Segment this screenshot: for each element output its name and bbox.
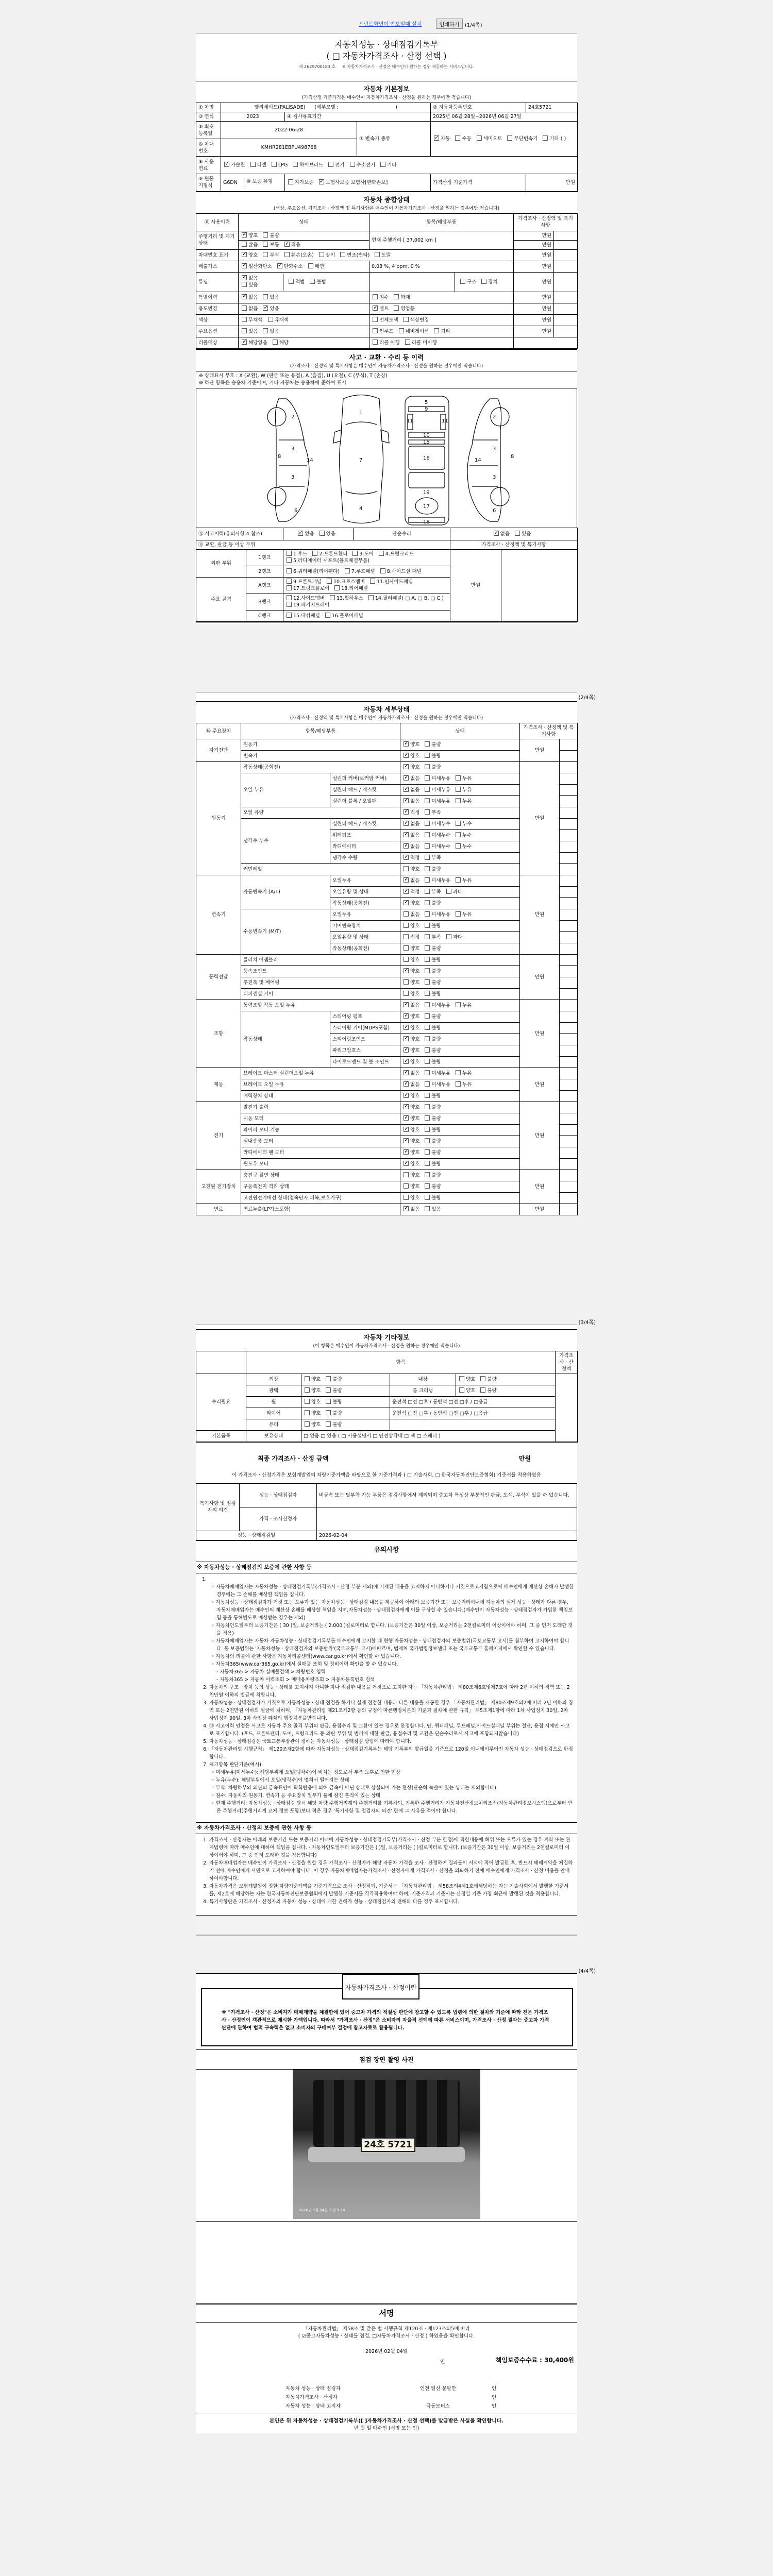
note-cell [560, 819, 578, 830]
checkbox[interactable] [320, 531, 325, 536]
overall-status-table: ⑪ 사용이력상태항목/해당부품가격조사 · 산정액 및 특기사항 주행거리 및 … [196, 213, 578, 349]
checkbox[interactable] [308, 263, 313, 268]
checkbox[interactable] [327, 579, 332, 584]
info-box-title: 자동차가격조사 · 산정이란 [342, 1974, 419, 1999]
checkbox[interactable] [446, 934, 451, 939]
checkbox[interactable] [287, 613, 292, 618]
checkbox[interactable] [263, 294, 268, 299]
svg-text:2: 2 [291, 414, 294, 420]
option-label: 없음 [410, 1003, 419, 1008]
checkbox[interactable] [379, 551, 384, 556]
checkbox[interactable] [404, 753, 409, 758]
note-cell [560, 1113, 578, 1125]
checkbox[interactable] [325, 613, 330, 618]
option-label: 썬루프 [379, 329, 394, 334]
group-label: 외판 부위 [196, 549, 246, 577]
checkbox[interactable] [459, 1376, 464, 1381]
note-criteria-item: 침수: 자동차의 원동기, 변속기 등 주요장치 일부가 물에 잠긴 흔적이 있… [216, 1792, 574, 1800]
device-label: 제동 [196, 1068, 241, 1102]
page-2: (2/4쪽) 자동차 세부상태 (가격조사 · 산정액 및 특기사항은 매수인이… [196, 692, 577, 1215]
col-state: 상태 [239, 213, 369, 231]
checkbox[interactable] [404, 979, 409, 985]
checkbox[interactable] [456, 832, 461, 837]
checkbox[interactable] [456, 1081, 461, 1087]
checkbox[interactable] [425, 968, 430, 973]
checkbox[interactable] [288, 179, 293, 184]
option-label: 불량 [332, 1377, 342, 1382]
option-label: 있음 [431, 1207, 441, 1212]
checkbox[interactable] [425, 1149, 430, 1155]
item-label: 타이어 [246, 1408, 301, 1419]
checkbox[interactable] [263, 328, 268, 333]
checkbox[interactable] [404, 821, 409, 826]
checkbox[interactable] [404, 1104, 409, 1109]
checkbox[interactable] [456, 798, 461, 803]
svg-text:18: 18 [423, 519, 430, 525]
checkbox[interactable] [373, 317, 378, 322]
checkbox[interactable] [404, 741, 409, 747]
sub-item-label: 타이로드엔드 및 볼 조인트 [330, 1057, 400, 1068]
checkbox[interactable] [425, 1093, 430, 1098]
checkbox[interactable] [425, 1183, 430, 1189]
checkbox[interactable] [242, 275, 247, 280]
checkbox[interactable] [287, 568, 292, 573]
checkbox[interactable] [242, 252, 247, 257]
svg-text:9: 9 [425, 406, 428, 412]
signatory-role: 자동차 성능 · 상태 고지자 [283, 2402, 386, 2411]
svg-text:3: 3 [291, 474, 294, 480]
checkbox[interactable] [456, 911, 461, 917]
sub-item-label: 냉각수 수량 [330, 853, 400, 864]
checkbox[interactable] [287, 595, 292, 600]
checkbox[interactable] [305, 1376, 310, 1381]
checkbox[interactable] [543, 135, 548, 141]
rank-label: A랭크 [246, 577, 283, 594]
checkbox[interactable] [268, 317, 273, 322]
checkbox[interactable] [404, 1013, 409, 1019]
checkbox[interactable] [404, 843, 409, 849]
checkbox[interactable] [456, 1070, 461, 1075]
col-device: ⑭ 주요장치 [196, 723, 241, 739]
option-label: 렌트 [379, 306, 389, 312]
checkbox[interactable] [375, 252, 380, 257]
checkbox[interactable] [399, 328, 404, 333]
checkbox[interactable] [350, 162, 355, 167]
checkbox[interactable] [404, 889, 409, 894]
checkbox[interactable] [404, 877, 409, 883]
checkbox[interactable] [273, 340, 278, 345]
checkbox[interactable] [334, 585, 340, 590]
checkbox[interactable] [224, 162, 229, 167]
checkbox[interactable] [425, 1206, 430, 1211]
row-label: 차대번호 표기 [196, 249, 239, 261]
checkbox[interactable] [425, 832, 430, 837]
option-label: 양호 [311, 1411, 321, 1416]
checkbox[interactable] [425, 911, 430, 917]
option-label: 양호 [410, 1127, 419, 1133]
option-label: 불량 [431, 765, 441, 770]
checkbox[interactable] [242, 263, 247, 268]
checkbox[interactable] [319, 252, 324, 257]
checkbox[interactable] [456, 1002, 461, 1007]
checkbox[interactable] [425, 900, 430, 905]
checkbox[interactable] [425, 798, 430, 803]
checkbox[interactable] [277, 263, 282, 268]
svg-text:11: 11 [442, 418, 448, 424]
checkbox[interactable] [425, 1161, 430, 1166]
checkbox[interactable] [242, 340, 247, 345]
checkbox[interactable] [263, 306, 268, 311]
checkbox[interactable] [287, 579, 292, 584]
checkbox[interactable] [380, 568, 385, 573]
checkbox[interactable] [242, 294, 247, 299]
checkbox[interactable] [404, 1138, 409, 1143]
option-label: 불량 [431, 991, 441, 997]
checkbox[interactable] [425, 1081, 430, 1087]
checkbox[interactable] [404, 1093, 409, 1098]
checkbox[interactable] [425, 855, 430, 860]
checkbox[interactable] [425, 1002, 430, 1007]
checkbox[interactable] [263, 242, 268, 247]
checkbox[interactable] [404, 1161, 409, 1166]
document-subtitle: ( □ 자동차가격조사 · 산정 선택 ) [196, 50, 577, 62]
checkbox[interactable] [404, 798, 409, 803]
detail-status-table: ⑭ 주요장치항목/해당부품상태가격조사 · 산정액 및 특기사항 자기진단원동기… [196, 723, 578, 1215]
checkbox[interactable] [404, 787, 409, 792]
group-label: 주요 골격 [196, 577, 246, 621]
checkbox[interactable] [404, 1195, 409, 1200]
checkbox[interactable] [404, 317, 409, 322]
option-label: 불량 [431, 980, 441, 986]
checkbox[interactable] [242, 317, 247, 322]
option-label: 불량 [431, 1116, 441, 1122]
option-label: 양호 [410, 991, 419, 997]
checkbox[interactable] [305, 1410, 310, 1415]
note-cell [554, 249, 578, 261]
checkbox[interactable] [425, 821, 430, 826]
checkbox[interactable] [425, 753, 430, 758]
checkbox[interactable] [425, 979, 430, 985]
note-cell [560, 739, 578, 751]
col-item: 항목/해당부품 [369, 213, 514, 231]
checkbox[interactable] [404, 809, 409, 815]
checkbox[interactable] [425, 1195, 430, 1200]
option-label: 누수 [462, 833, 472, 838]
price-cell: 만원 [520, 1204, 560, 1215]
checkbox[interactable] [394, 306, 399, 311]
checkbox[interactable] [319, 179, 324, 184]
checkbox[interactable] [425, 934, 430, 939]
checkbox[interactable] [242, 242, 247, 247]
option-label: 불량 [431, 1150, 441, 1156]
checkbox[interactable] [305, 1387, 310, 1393]
item-label: 원동기 [241, 739, 400, 751]
option-label: 네비게이션 [406, 329, 429, 334]
checkbox[interactable] [373, 340, 378, 345]
table-row: 조향동력조향 작동 오일 누유없음미세누유누유만원 [196, 1000, 578, 1011]
checkbox[interactable] [305, 1421, 310, 1427]
checkbox[interactable] [456, 877, 461, 883]
checkbox[interactable] [404, 900, 409, 905]
option-label: 양호 [410, 1105, 419, 1110]
first-reg-label: ⑤ 최초 등록일 [196, 122, 221, 139]
checkbox[interactable] [263, 252, 268, 257]
checkbox[interactable] [477, 135, 482, 141]
checkbox[interactable] [404, 968, 409, 973]
checkbox[interactable] [434, 135, 439, 141]
checkbox[interactable] [425, 775, 430, 781]
print-button[interactable]: 인쇄하기 [436, 19, 463, 29]
checkbox[interactable] [456, 843, 461, 849]
item-label: 실내송풍 모터 [241, 1136, 400, 1147]
checkbox[interactable] [298, 531, 303, 536]
signatory-role: 자동차 성능 · 상태 점검자 [283, 2384, 386, 2393]
checkbox[interactable] [425, 1104, 430, 1109]
checkbox[interactable] [404, 1047, 409, 1053]
checkbox[interactable] [242, 306, 247, 311]
signatory-row: 자동차 성능 · 상태 점검자인천 일신 문팔만인 [196, 2384, 577, 2393]
checkbox[interactable] [425, 889, 430, 894]
sub-item-label: 스티어링 기어(MDPS포함) [330, 1023, 400, 1034]
print-plugin-link[interactable]: 프린트화면이 안보일때 설치 [359, 20, 422, 27]
note-cell [560, 898, 578, 909]
price-cell: 만원 [520, 1102, 560, 1170]
note-cell [560, 989, 578, 1000]
checkbox[interactable] [507, 135, 512, 141]
checkbox[interactable] [287, 585, 292, 590]
seal-mark: 인 [490, 2384, 577, 2393]
checkbox[interactable] [326, 1387, 331, 1393]
option-label: 있음 [248, 282, 258, 288]
checkbox[interactable] [242, 232, 247, 238]
checkbox[interactable] [287, 551, 292, 556]
price-cell: 만원 [514, 303, 554, 314]
checkbox[interactable] [404, 1059, 409, 1064]
checkbox[interactable] [310, 279, 315, 284]
checkbox[interactable] [425, 1025, 430, 1030]
option-label: 양호 [410, 1173, 419, 1178]
inspector-opinion: 비금속 또는 탈부착 가능 부품은 점검사항에서 제외되며 중고차 특성상 부분… [317, 1483, 577, 1507]
checkbox[interactable] [370, 579, 375, 584]
checkbox[interactable] [345, 568, 350, 573]
checkbox[interactable] [250, 162, 256, 167]
checkbox[interactable] [404, 1115, 409, 1121]
checkbox[interactable] [481, 279, 486, 284]
checkbox[interactable] [340, 252, 345, 257]
checkbox[interactable] [380, 162, 385, 167]
checkbox[interactable] [263, 232, 268, 238]
checkbox[interactable] [456, 775, 461, 781]
option-label: 11.인사이드패널 [377, 579, 413, 585]
checkbox[interactable] [460, 279, 465, 284]
checkbox[interactable] [425, 1138, 430, 1143]
checkbox[interactable] [404, 957, 409, 962]
checkbox[interactable] [425, 945, 430, 951]
checkbox[interactable] [404, 1081, 409, 1087]
checkbox[interactable] [425, 1047, 430, 1053]
checkbox[interactable] [425, 1059, 430, 1064]
checkbox[interactable] [515, 531, 520, 536]
checkbox[interactable] [328, 162, 333, 167]
page-number: (4/4쪽) [578, 1967, 596, 1974]
svg-text:4: 4 [359, 506, 362, 512]
checkbox[interactable] [425, 809, 430, 815]
note-sub-item: - 자동차365 > 자동차 실매물검색 > 차량번호 입력 [216, 1668, 574, 1676]
option-label: 양호 [410, 1059, 419, 1065]
checkbox[interactable] [404, 1127, 409, 1132]
checkbox[interactable] [373, 306, 378, 311]
note-item: 자동차매매업자는 자동차성능 · 상태점검기록부(가격조사 · 산정 부분 제외… [216, 1583, 574, 1599]
checkbox[interactable] [404, 911, 409, 917]
signatory-name: 인천 일신 문팔만 [386, 2384, 490, 2393]
checkbox[interactable] [404, 991, 409, 996]
checkbox[interactable] [404, 775, 409, 781]
option-label: 해당 [279, 340, 289, 346]
checkbox[interactable] [425, 1013, 430, 1019]
checkbox[interactable] [425, 1070, 430, 1075]
checkbox[interactable] [425, 957, 430, 962]
note-item: 「자동차관리법 시행규칙」 제120조제2항에 따라 자동차성능 · 상태점검기… [209, 1745, 574, 1761]
checkbox[interactable] [404, 1025, 409, 1030]
checkbox[interactable] [326, 1421, 331, 1427]
item-label: 내장 [390, 1374, 456, 1385]
note-cell [560, 1204, 578, 1215]
checkbox[interactable] [404, 1070, 409, 1075]
signatory-role: 자동차가격조사 · 산정자 [283, 2393, 386, 2402]
checkbox[interactable] [373, 328, 378, 333]
checkbox[interactable] [425, 843, 430, 849]
checkbox[interactable] [404, 1206, 409, 1211]
checkbox[interactable] [425, 1172, 430, 1177]
note-cell [560, 955, 578, 966]
option-label: 리콜 미이행 [412, 340, 437, 346]
checkbox[interactable] [312, 551, 317, 556]
checkbox[interactable] [284, 252, 290, 257]
option-label: 있음 [270, 306, 279, 312]
overall-status-note: (색상, 주요옵션, 가격조사 · 산정액 및 특기사항은 매수인이 자동차가격… [196, 205, 577, 213]
note-item: 자동차매매업자는 매수인이 가격조사 · 산정을 원할 경우 가격조사 · 산정… [209, 1859, 574, 1883]
checkbox[interactable] [425, 877, 430, 883]
checkbox[interactable] [425, 1115, 430, 1121]
option-label: 양호 [311, 1377, 321, 1382]
col-state: 상태 [400, 723, 520, 739]
checkbox[interactable] [425, 866, 430, 871]
checkbox[interactable] [480, 1376, 485, 1381]
price-cell: 만원 [514, 261, 554, 272]
note-item: 자동차인도일부터 보증기간은 ( 30 )일, 보증거리는 ( 2,000 )킬… [216, 1622, 574, 1637]
checkbox[interactable] [480, 1387, 485, 1393]
option-label: 양호 [410, 1014, 419, 1020]
checkbox[interactable] [272, 162, 277, 167]
checkbox[interactable] [425, 1127, 430, 1132]
checkbox[interactable] [394, 294, 399, 299]
checkbox[interactable] [326, 1410, 331, 1415]
checkbox[interactable] [404, 945, 409, 951]
svg-text:15: 15 [423, 439, 430, 445]
checkbox[interactable] [330, 595, 335, 600]
checkbox[interactable] [352, 551, 358, 556]
table-row: 주행거리 및 계기상태양호불량현재 주행거리 [ 37,002 km ]만원 [196, 231, 578, 240]
checkbox[interactable] [425, 1036, 430, 1041]
option-label: 7.루프패널 [351, 569, 375, 574]
checkbox[interactable] [405, 340, 410, 345]
rank-label: C랭크 [246, 610, 283, 621]
option-label: 색상변경 [410, 317, 429, 323]
option-label: 구조 [467, 279, 476, 285]
option-label: 양호 [410, 1093, 419, 1099]
option-label: 양호 [466, 1377, 475, 1382]
price-cell: 만원 [514, 272, 554, 292]
checkbox[interactable] [404, 764, 409, 769]
checkbox[interactable] [404, 855, 409, 860]
checkbox[interactable] [368, 595, 374, 600]
other-info-note: (이 항목은 매수인이 자동차가격조사 · 산정을 원하는 경우에만 적습니다) [196, 1342, 577, 1351]
checkbox[interactable] [242, 282, 247, 287]
checkbox[interactable] [404, 1183, 409, 1189]
checkbox[interactable] [289, 279, 294, 284]
checkbox[interactable] [459, 1387, 464, 1393]
checkbox[interactable] [456, 787, 461, 792]
checkbox[interactable] [305, 1399, 310, 1404]
page-4: (4/4쪽) 자동차가격조사 · 산정이란 ※ "가격조사 · 산정"은 소비자… [196, 1973, 577, 2433]
checkbox[interactable] [425, 991, 430, 996]
option-label: 불량 [332, 1411, 342, 1416]
checkbox[interactable] [284, 242, 290, 247]
checkbox[interactable] [242, 328, 247, 333]
checkbox[interactable] [404, 1172, 409, 1177]
option-label: 부족 [431, 935, 441, 940]
checkbox[interactable] [326, 1376, 331, 1381]
checkbox[interactable] [425, 741, 430, 747]
checkbox[interactable] [404, 934, 409, 939]
option-label: 수소전기 [357, 162, 376, 168]
checkbox[interactable] [293, 162, 298, 167]
checkbox[interactable] [455, 135, 460, 141]
checkbox[interactable] [287, 602, 292, 607]
checkbox[interactable] [373, 294, 378, 299]
buyer-confirmation: 본인은 위 자동차성능 · 상태점검기록부([ ]자동차가격조사 · 산정 선택… [196, 2416, 577, 2424]
checkbox[interactable] [404, 1036, 409, 1041]
checkbox[interactable] [456, 821, 461, 826]
option-label: 자동 [441, 136, 450, 142]
checkbox[interactable] [404, 923, 409, 928]
checkbox[interactable] [404, 866, 409, 871]
note-item: 자동차매매업자는 자동차 자동차성능 · 상태점검기록부를 매수인에게 고지할 … [216, 1637, 574, 1653]
checkbox[interactable] [326, 1399, 331, 1404]
checkbox[interactable] [446, 889, 451, 894]
item-label: 추진축 및 베어링 [241, 977, 400, 989]
checkbox[interactable] [404, 832, 409, 837]
buyer-signature-line: 년 월 일 매수인 (서명 또는 인) [196, 2424, 577, 2431]
checkbox[interactable] [425, 923, 430, 928]
detail-model-label: (세부모델 : [314, 105, 339, 110]
checkbox[interactable] [425, 764, 430, 769]
inspection-valid-label: ④ 검사유효기간 [285, 112, 431, 122]
car-side-right-icon [467, 399, 509, 521]
note-item: 자동차365(www.car365.go.kr)에서 실매물 조회 및 정비이력… [216, 1660, 574, 1668]
checkbox[interactable] [494, 531, 499, 536]
checkbox[interactable] [404, 1002, 409, 1007]
note-item: 체크항목 판단기준(예시) [209, 1761, 574, 1769]
checkbox[interactable] [287, 557, 292, 563]
page-1: 자동차성능 · 상태점검기록부 ( □ 자동차가격조사 · 산정 선택 ) 제 … [196, 33, 577, 624]
option-label: 없음 [410, 799, 419, 804]
sub-item-label: 작동상태(공회전) [330, 943, 400, 955]
option-label: 불량 [431, 753, 441, 759]
checkbox[interactable] [434, 328, 439, 333]
checkbox[interactable] [425, 787, 430, 792]
checkbox[interactable] [404, 1149, 409, 1155]
